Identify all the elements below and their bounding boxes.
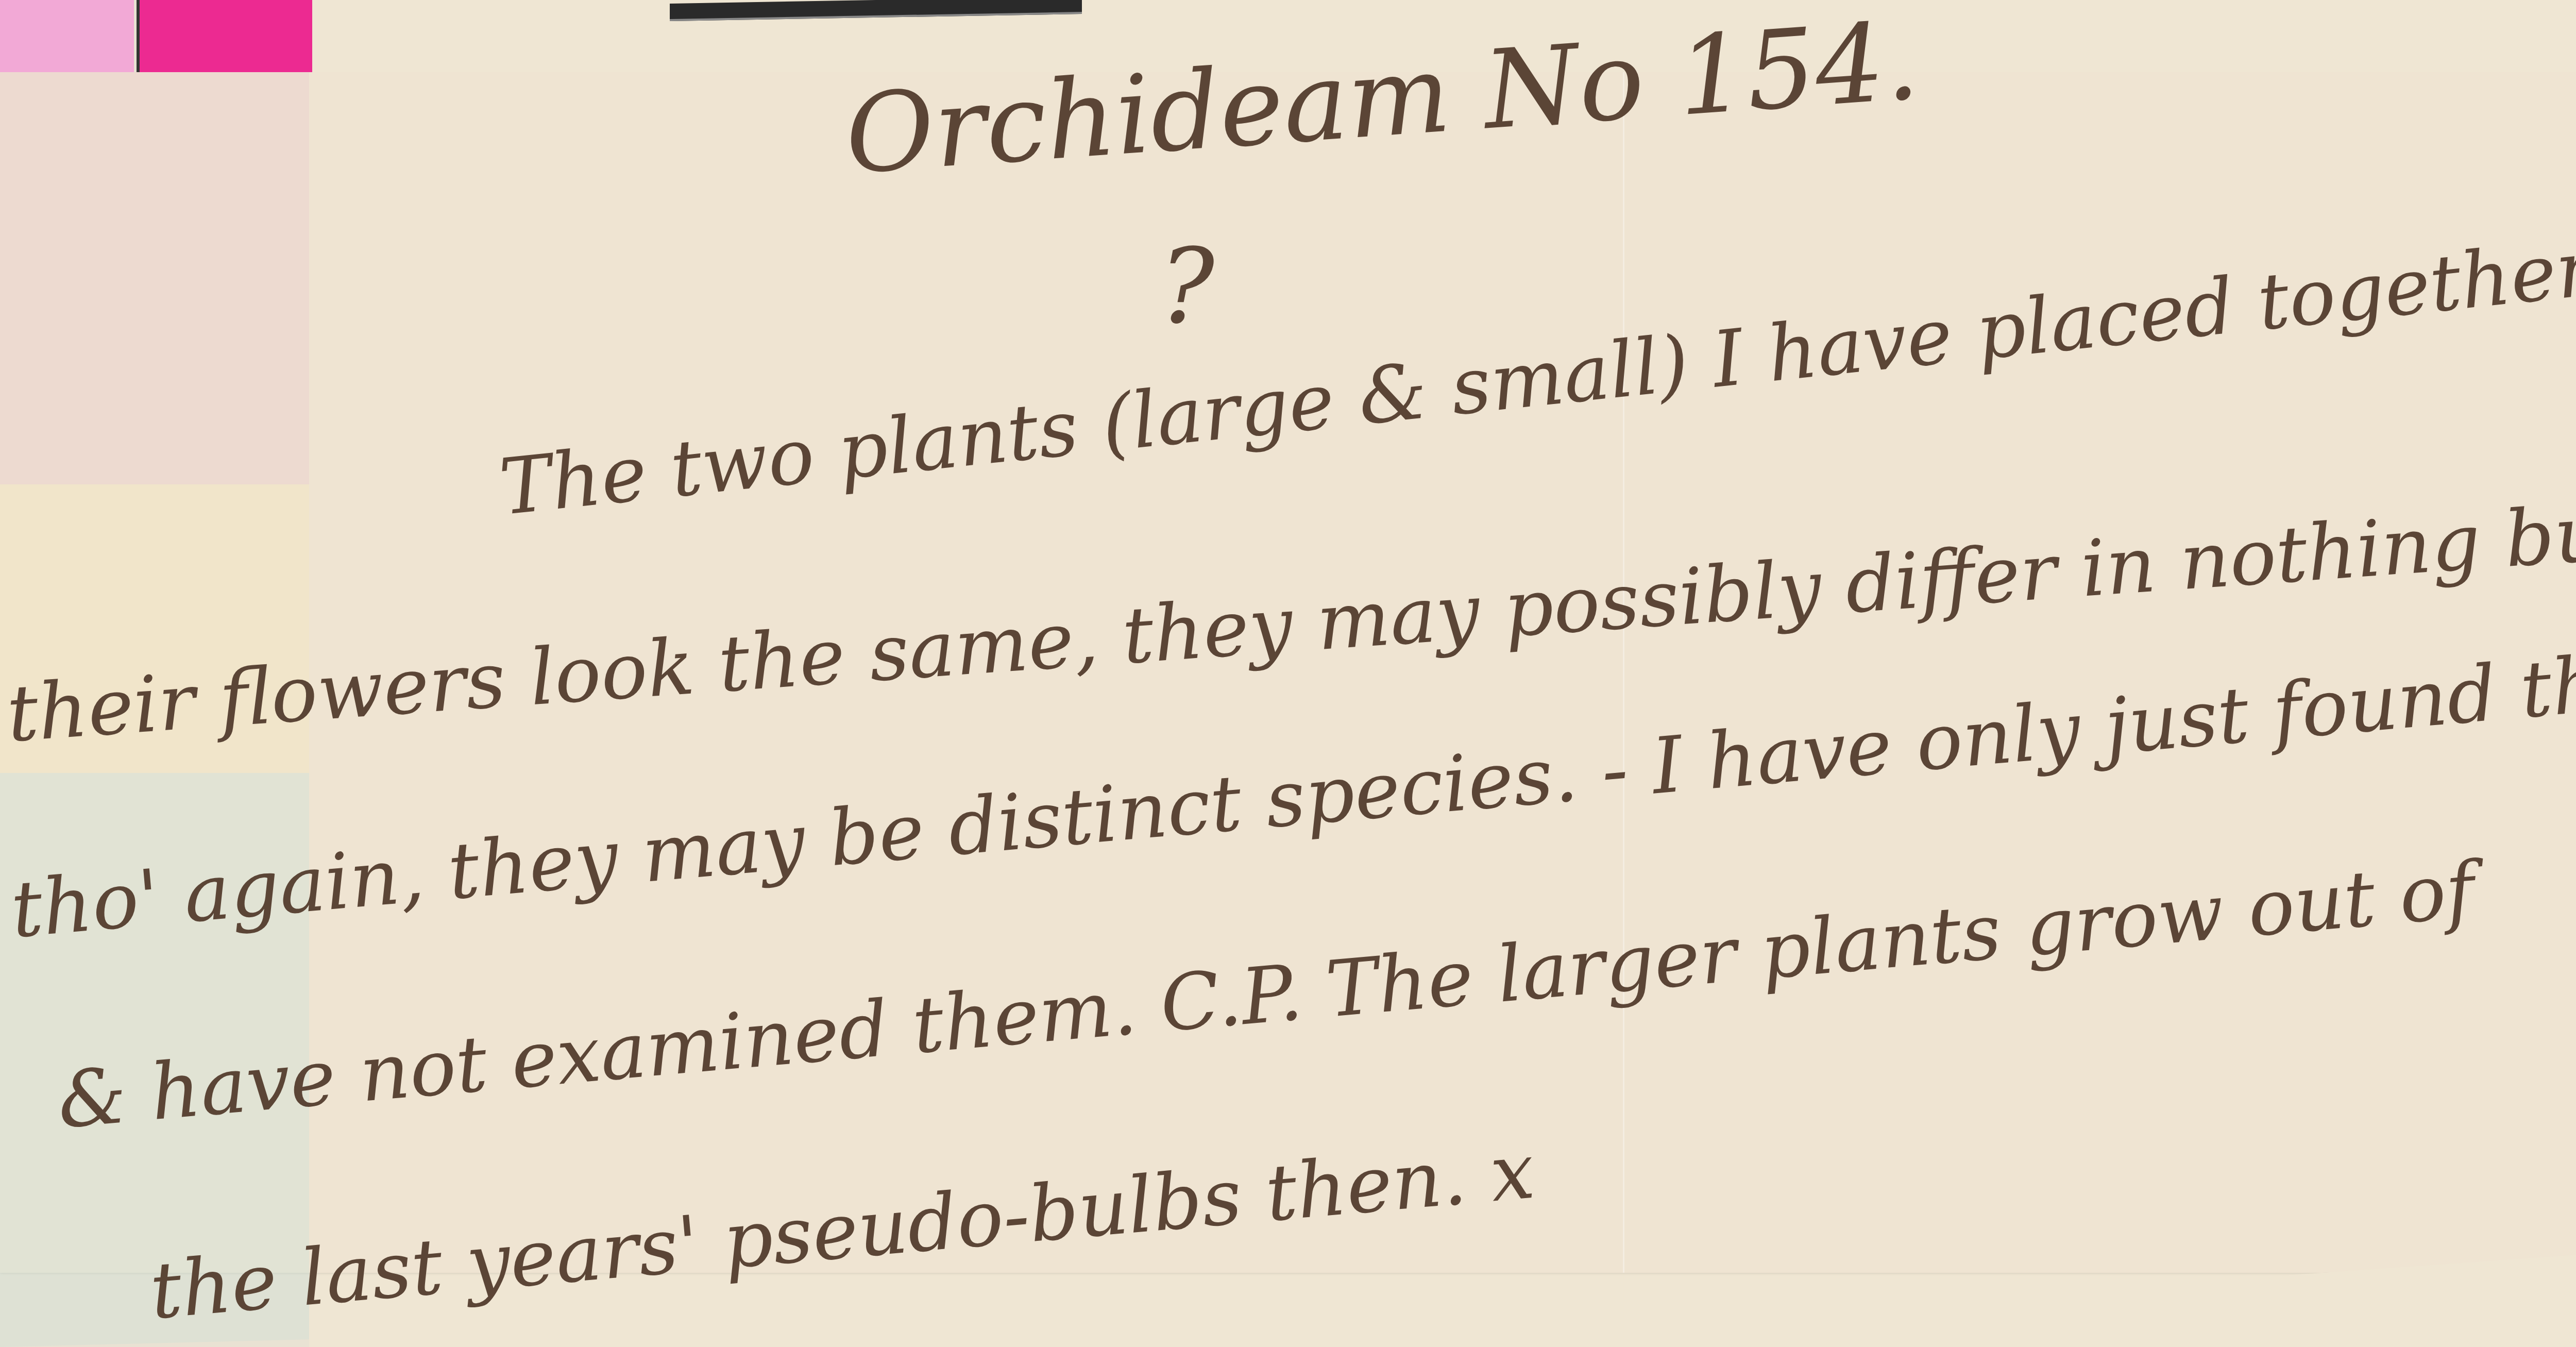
swatch-light-pink xyxy=(0,0,134,72)
query-mark: ? xyxy=(1159,227,1214,347)
strip-tint-pink xyxy=(0,72,309,484)
swatch-magenta xyxy=(137,0,312,72)
